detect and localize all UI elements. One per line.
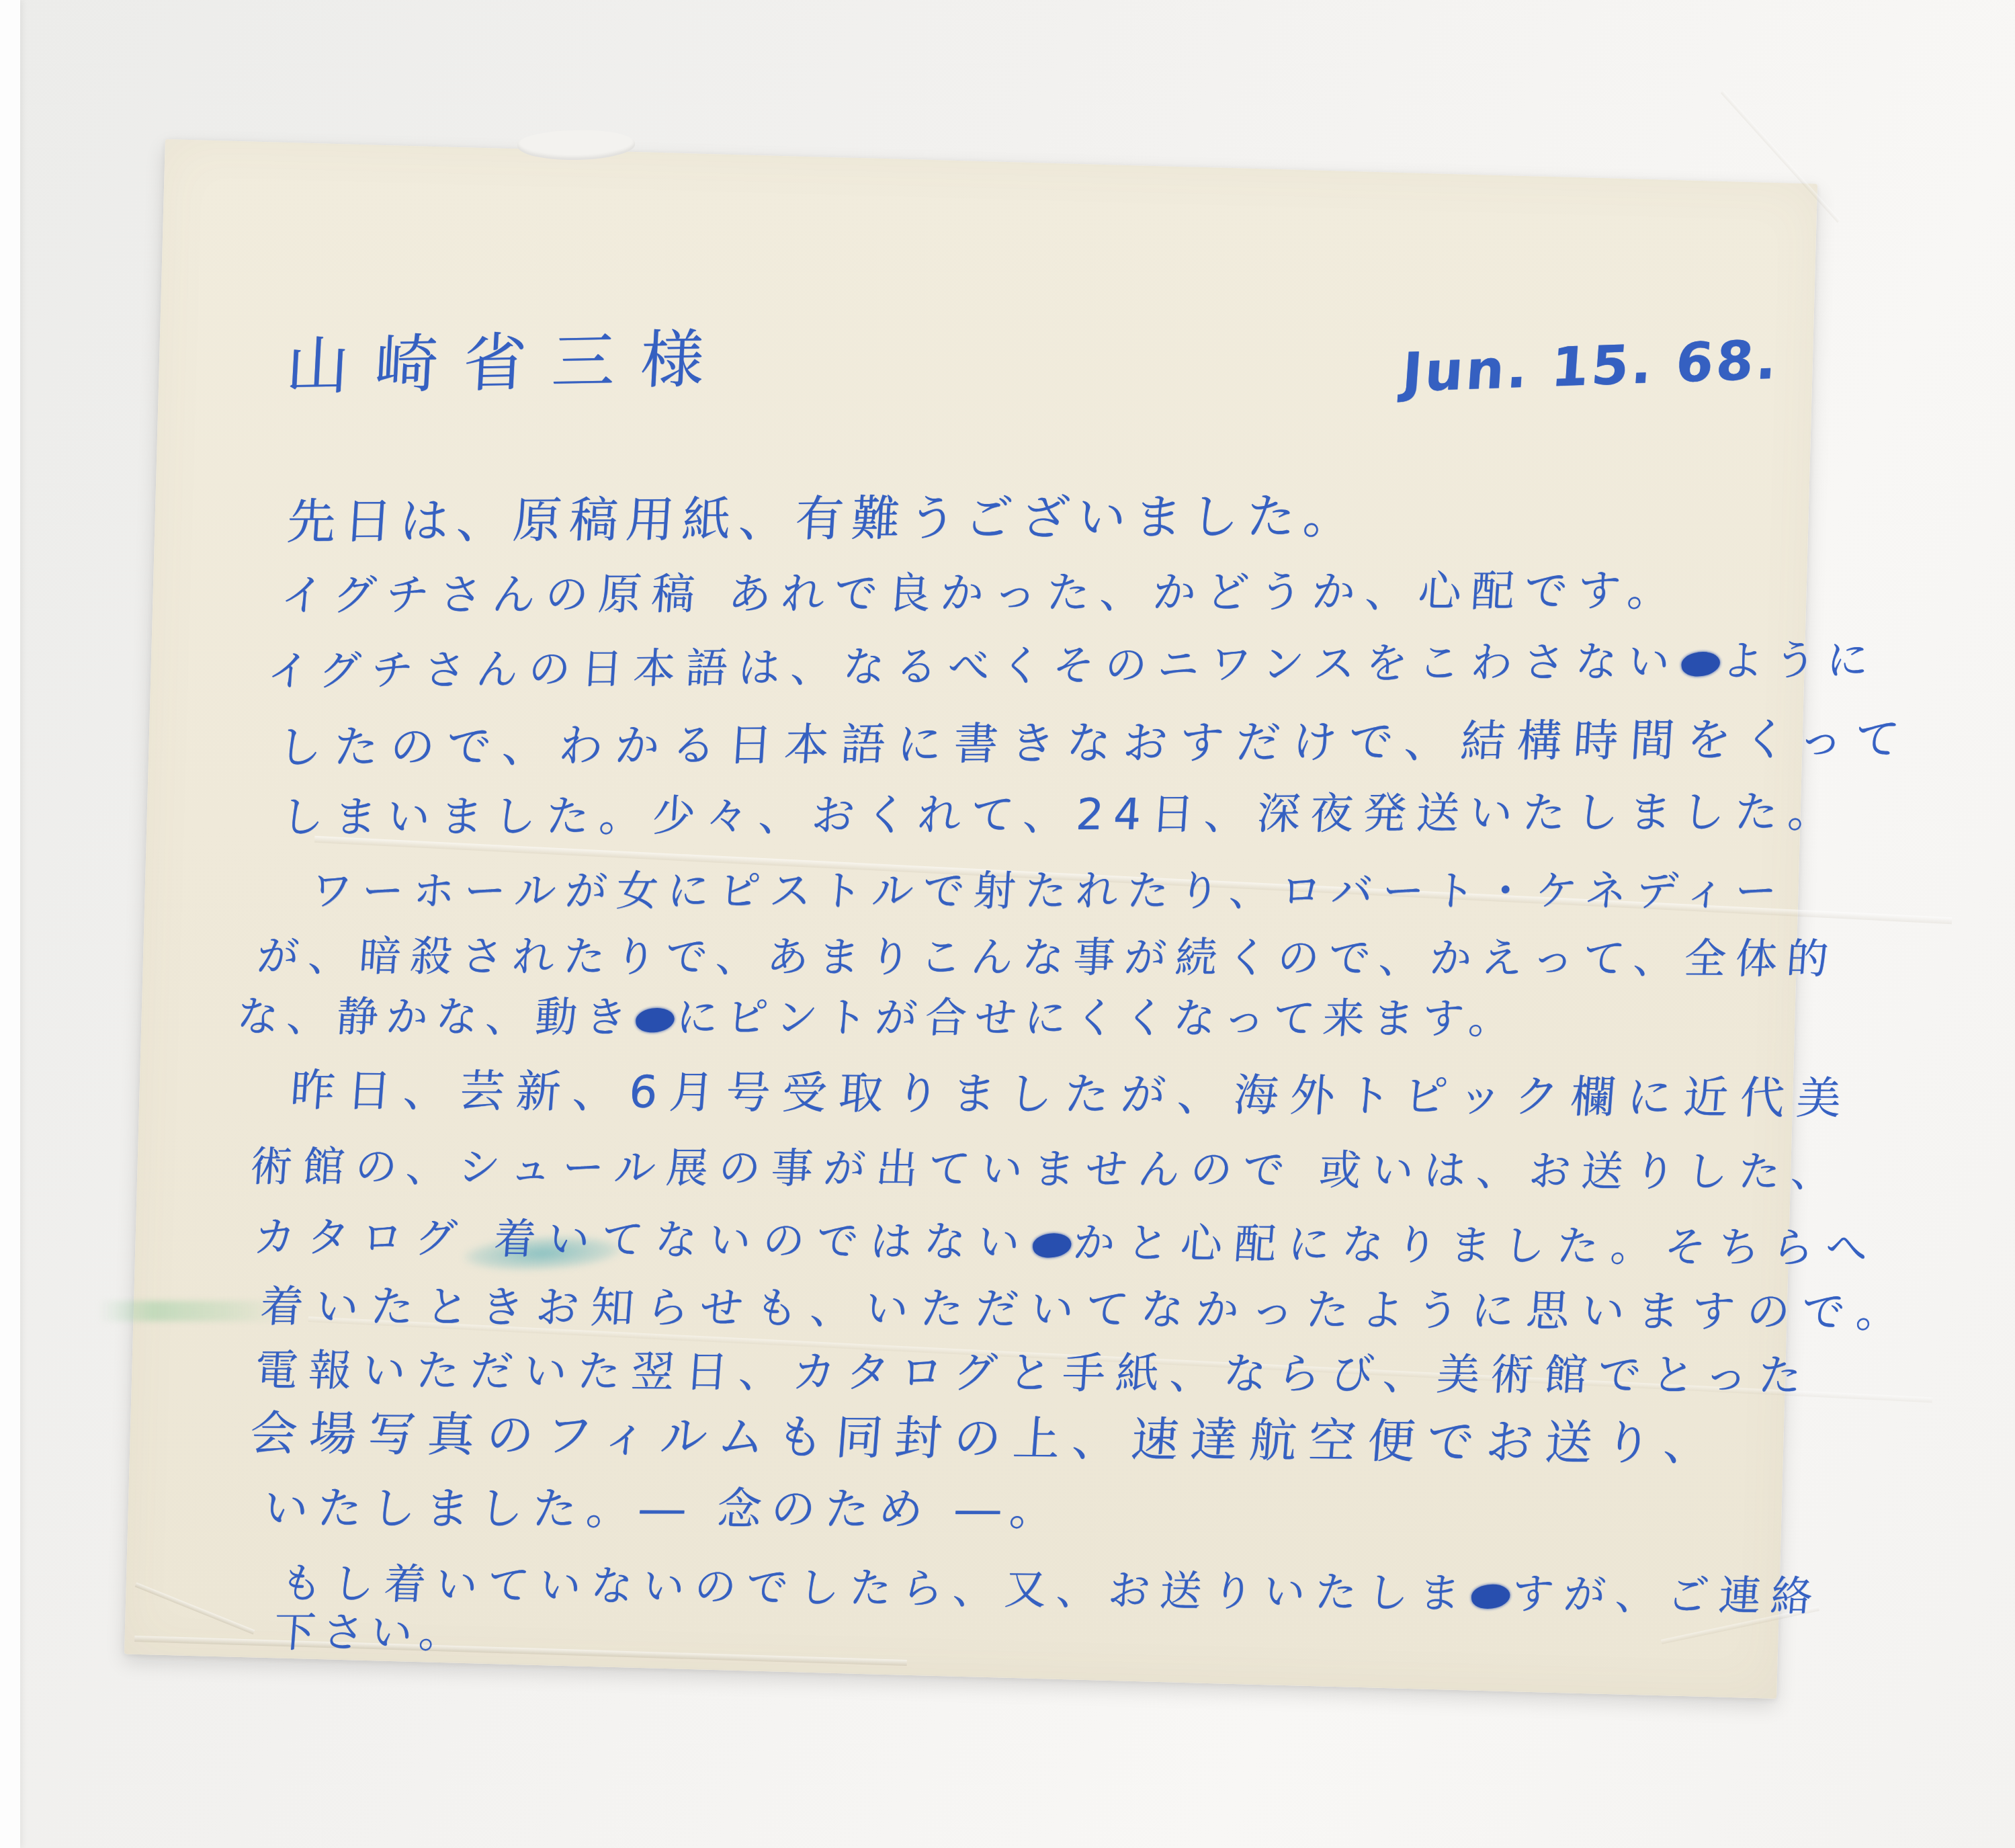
scanner-edge-strip bbox=[0, 0, 20, 1848]
handwritten-line: が、暗殺されたりで、あまりこんな事が続くので、かえって、全体的 bbox=[256, 935, 1840, 980]
green-pen-streak bbox=[98, 1301, 283, 1321]
handwritten-line: いたしました。― 念のため ―。 bbox=[262, 1486, 1065, 1532]
handwritten-line: イグチさんの日本語は、なるべくそのニワンスをこわさないように bbox=[266, 639, 1881, 692]
handwritten-line: したので、わかる日本語に書きなおすだけで、結構時間をくって bbox=[276, 717, 1913, 770]
handwritten-line: しまいました。少々、おくれて、24日、深夜発送いたしました。 bbox=[280, 791, 1842, 839]
handwritten-line: ワーホールが女にピストルで射たれたり、ロバート・ケネディー bbox=[310, 870, 1788, 912]
ink-blot bbox=[636, 1005, 675, 1034]
handwritten-line: 昨日、芸新、6月号受取りましたが、海外トピック欄に近代美 bbox=[289, 1068, 1854, 1121]
handwritten-line: イグチさんの原稿 あれで良かった、かどうか、心配です。 bbox=[280, 570, 1682, 618]
ink-blot bbox=[1471, 1582, 1511, 1611]
scanned-letter: 山崎省三様 Jun. 15. 68. 先日は、原稿用紙、有難うございました。イグ… bbox=[0, 0, 2015, 1848]
handwritten-line: カタログ 着いてないのではないかと心配になりました。そちらへ bbox=[252, 1216, 1881, 1269]
handwritten-line: な、静かな、動きにピントが合せにくくなって来ます。 bbox=[236, 996, 1520, 1040]
handwritten-line: 下さい。 bbox=[272, 1611, 469, 1654]
ink-blot bbox=[1681, 649, 1721, 679]
handwritten-line: 先日は、原稿用紙、有難うございました。 bbox=[286, 492, 1361, 546]
handwritten-line: もし着いていないのでしたら、又、お送りいたしますが、ご連絡 bbox=[279, 1562, 1824, 1618]
date: Jun. 15. 68. bbox=[1400, 333, 1781, 400]
handwritten-line: 着いたときお知らせも、いただいてなかったように思いますので。 bbox=[259, 1286, 1912, 1335]
handwritten-line: 術館の、シュール展の事が出ていませんので 或いは、お送りした、 bbox=[249, 1146, 1844, 1193]
salutation: 山崎省三様 bbox=[284, 328, 731, 399]
ink-blot bbox=[1032, 1231, 1072, 1260]
handwritten-line: 会場写真のフィルムも同封の上、速達航空便でお送り、 bbox=[249, 1410, 1725, 1467]
handwritten-line: 電報いただいた翌日、カタログと手紙、ならび、美術館でとった bbox=[253, 1349, 1813, 1398]
